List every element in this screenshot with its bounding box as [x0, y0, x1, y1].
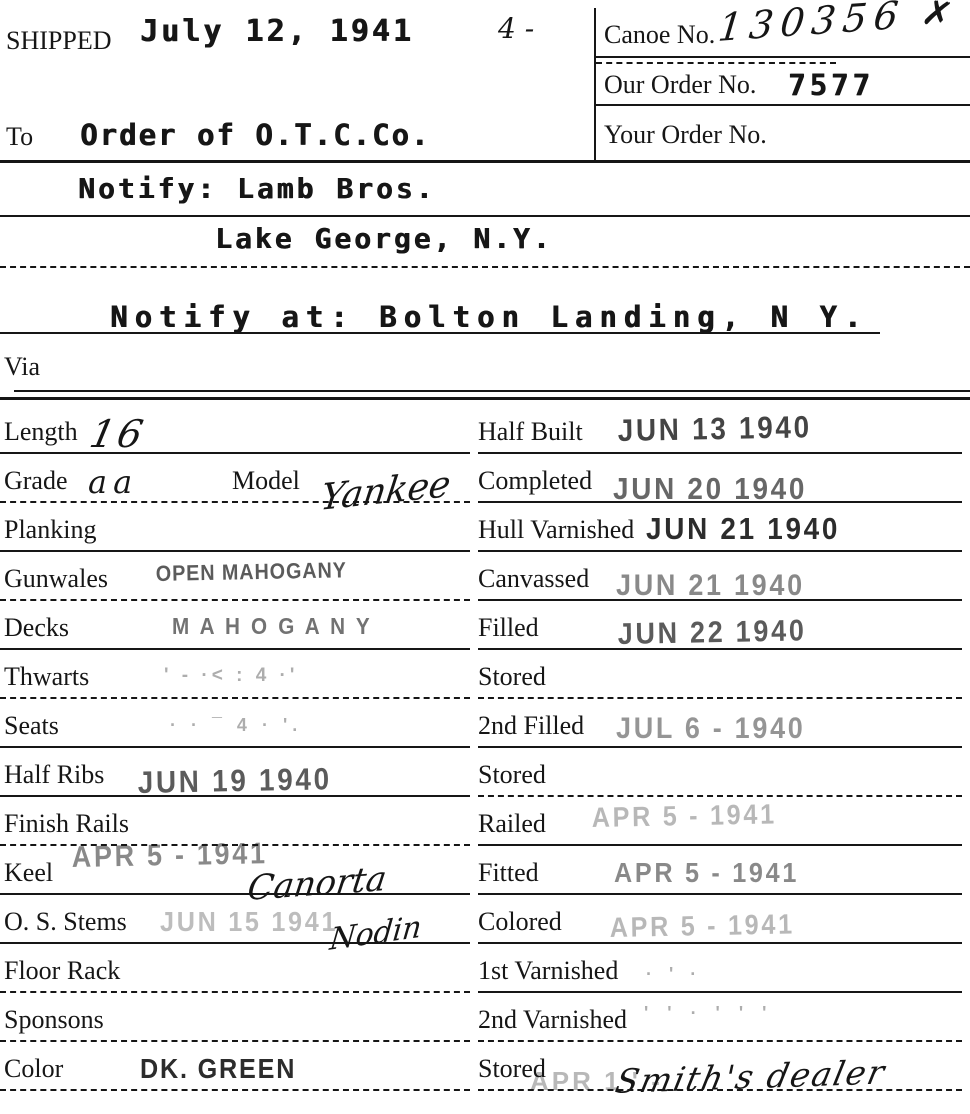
field-note-handwriting: Smith's dealer — [612, 1052, 890, 1101]
table-row: Floor Rack 1st Varnished · ' · — [0, 944, 970, 993]
field-label: Planking — [4, 515, 96, 545]
table-row: Gunwales OPEN MAHOGANY Canvassed JUN 21 … — [0, 552, 970, 601]
field-label: Model — [232, 466, 300, 496]
field-stored-1: Stored — [478, 650, 962, 699]
field-label: Thwarts — [4, 662, 89, 692]
via-underline-1 — [14, 390, 970, 392]
date-stamp: APR 5 - 1941 — [71, 837, 267, 875]
notify-city-line: Lake George, N.Y. — [215, 222, 553, 255]
field-label: Sponsons — [4, 1005, 104, 1035]
field-length: Length 16 — [0, 405, 470, 454]
field-label: Length — [4, 417, 78, 447]
field-planking: Planking — [0, 503, 470, 552]
notify-at-line: Notify at: Bolton Landing, N Y. — [110, 300, 868, 334]
field-1st-varnished: 1st Varnished · ' · — [478, 944, 962, 993]
field-thwarts: Thwarts ' - ·< : 4 ·' — [0, 650, 470, 699]
to-value: Order of O.T.C.Co. — [80, 118, 430, 152]
header-rule — [0, 160, 970, 163]
table-row: Planking Hull Varnished JUN 21 1940 — [0, 503, 970, 552]
canoe-no-underline — [596, 56, 970, 58]
field-label: Color — [4, 1054, 63, 1084]
field-label: O. S. Stems — [4, 907, 127, 937]
table-row: Half Ribs JUN 19 1940 Stored — [0, 748, 970, 797]
field-completed: Completed JUN 20 1940 — [478, 454, 962, 503]
field-label: Colored — [478, 907, 562, 937]
date-stamp: JUN 21 1940 — [646, 511, 840, 547]
field-stored-3: Stored APR 1 ' - Smith's dealer — [478, 1042, 962, 1091]
faded-stamp-remnant: ' ' · ' ' ' — [644, 1003, 773, 1024]
canoe-record-card: { "page": { "background": "#ffffff", "in… — [0, 0, 970, 1114]
field-label: Finish Rails — [4, 809, 129, 839]
field-label: Fitted — [478, 858, 539, 888]
table-row: Length 16 Half Built JUN 13 1940 — [0, 405, 970, 454]
table-row: Sponsons 2nd Varnished ' ' · ' ' ' — [0, 993, 970, 1042]
date-stamp: JUN 13 1940 — [617, 409, 812, 449]
field-label: Floor Rack — [4, 956, 120, 986]
date-stamp: JUN 20 1940 — [613, 471, 807, 507]
field-label: Gunwales — [4, 564, 108, 594]
field-label: Half Built — [478, 417, 583, 447]
table-row: Seats · · ¯ 4 · '. 2nd Filled JUL 6 - 19… — [0, 699, 970, 748]
date-stamp: JUL 6 - 1940 — [616, 712, 806, 746]
canoe-no-underline-2 — [596, 62, 836, 64]
field-seats: Seats · · ¯ 4 · '. — [0, 699, 470, 748]
field-label: Canvassed — [478, 564, 589, 594]
field-label: Seats — [4, 711, 59, 741]
field-value-handwriting: aa — [88, 463, 138, 501]
field-color: Color DK. GREEN — [0, 1042, 470, 1091]
field-label: Railed — [478, 809, 546, 839]
field-gunwales: Gunwales OPEN MAHOGANY — [0, 552, 470, 601]
notify-city-underline — [0, 266, 970, 268]
field-label: 1st Varnished — [478, 956, 618, 986]
field-half-ribs: Half Ribs JUN 19 1940 — [0, 748, 470, 797]
faded-stamp-remnant: ' - ·< : 4 ·' — [164, 665, 298, 687]
table-row: Color DK. GREEN Stored APR 1 ' - Smith's… — [0, 1042, 970, 1091]
field-label: 2nd Filled — [478, 711, 584, 741]
table-row: O. S. Stems JUN 15 1941 Nodin Colored AP… — [0, 895, 970, 944]
date-stamp: JUN 15 1941 — [160, 906, 338, 938]
table-row: Keel APR 5 - 1941 Canorta Fitted APR 5 -… — [0, 846, 970, 895]
field-os-stems: O. S. Stems JUN 15 1941 Nodin — [0, 895, 470, 944]
field-hull-varnished: Hull Varnished JUN 21 1940 — [478, 503, 962, 552]
table-row: Thwarts ' - ·< : 4 ·' Stored — [0, 650, 970, 699]
notify-underline — [0, 215, 970, 217]
date-stamp: APR 5 - 1941 — [591, 798, 777, 834]
color-stamp: DK. GREEN — [140, 1053, 296, 1085]
date-stamp: JUN 19 1940 — [137, 761, 332, 801]
table-row: Grade aa Model Yankee Completed JUN 20 1… — [0, 454, 970, 503]
canoe-no-value: 130356 — [716, 0, 907, 50]
field-keel: Keel APR 5 - 1941 Canorta — [0, 846, 470, 895]
field-sponsons: Sponsons — [0, 993, 470, 1042]
field-label: Half Ribs — [4, 760, 104, 790]
our-order-value: 7577 — [788, 68, 874, 102]
our-order-underline — [596, 104, 970, 106]
to-label: To — [6, 122, 33, 152]
field-label: Stored — [478, 662, 546, 692]
field-label: Stored — [478, 760, 546, 790]
via-label: Via — [4, 352, 40, 382]
field-label: Filled — [478, 613, 539, 643]
our-order-label: Our Order No. — [604, 70, 756, 100]
material-stamp: OPEN MAHOGANY — [156, 557, 347, 587]
shipped-date-value: July 12, 1941 — [140, 14, 414, 49]
order-box-divider — [594, 8, 596, 160]
field-colored: Colored APR 5 - 1941 — [478, 895, 962, 944]
date-stamp: APR 5 - 1941 — [609, 908, 795, 944]
field-label: Completed — [478, 466, 592, 496]
field-2nd-varnished: 2nd Varnished ' ' · ' ' ' — [478, 993, 962, 1042]
date-stamp: APR 5 - 1941 — [614, 857, 799, 889]
field-label: Decks — [4, 613, 69, 643]
notify-line: Notify: Lamb Bros. — [78, 172, 435, 205]
table-row: Decks M A H O G A N Y Filled JUN 22 1940 — [0, 601, 970, 650]
field-filled: Filled JUN 22 1940 — [478, 601, 962, 650]
field-label: Hull Varnished — [478, 515, 634, 545]
check-mark-icon: ✗ — [918, 0, 956, 38]
field-half-built: Half Built JUN 13 1940 — [478, 405, 962, 454]
date-stamp: JUN 21 1940 — [616, 569, 805, 603]
canoe-no-label: Canoe No. — [604, 20, 715, 50]
faded-stamp-remnant: · · ¯ 4 · '. — [170, 715, 302, 736]
field-grade-model: Grade aa Model Yankee — [0, 454, 470, 503]
shipped-label: SHIPPED — [6, 26, 111, 56]
field-stored-2: Stored — [478, 748, 962, 797]
field-label: 2nd Varnished — [478, 1005, 627, 1035]
field-floor-rack: Floor Rack — [0, 944, 470, 993]
field-2nd-filled: 2nd Filled JUL 6 - 1940 — [478, 699, 962, 748]
field-label: Grade — [4, 466, 68, 496]
field-decks: Decks M A H O G A N Y — [0, 601, 470, 650]
your-order-label: Your Order No. — [604, 120, 767, 150]
field-value-handwriting: 16 — [86, 412, 150, 456]
build-record-table: Length 16 Half Built JUN 13 1940 Grade a… — [0, 405, 970, 1091]
via-underline-2 — [0, 397, 970, 400]
field-fitted: Fitted APR 5 - 1941 — [478, 846, 962, 895]
date-stamp: JUN 22 1940 — [617, 614, 806, 652]
field-railed: Railed APR 5 - 1941 — [478, 797, 962, 846]
field-canvassed: Canvassed JUN 21 1940 — [478, 552, 962, 601]
faded-stamp-remnant: · ' · — [646, 964, 702, 985]
material-stamp: M A H O G A N Y — [172, 613, 372, 640]
field-label: Keel — [4, 858, 53, 888]
margin-note-handwriting: 4 - — [498, 12, 534, 45]
